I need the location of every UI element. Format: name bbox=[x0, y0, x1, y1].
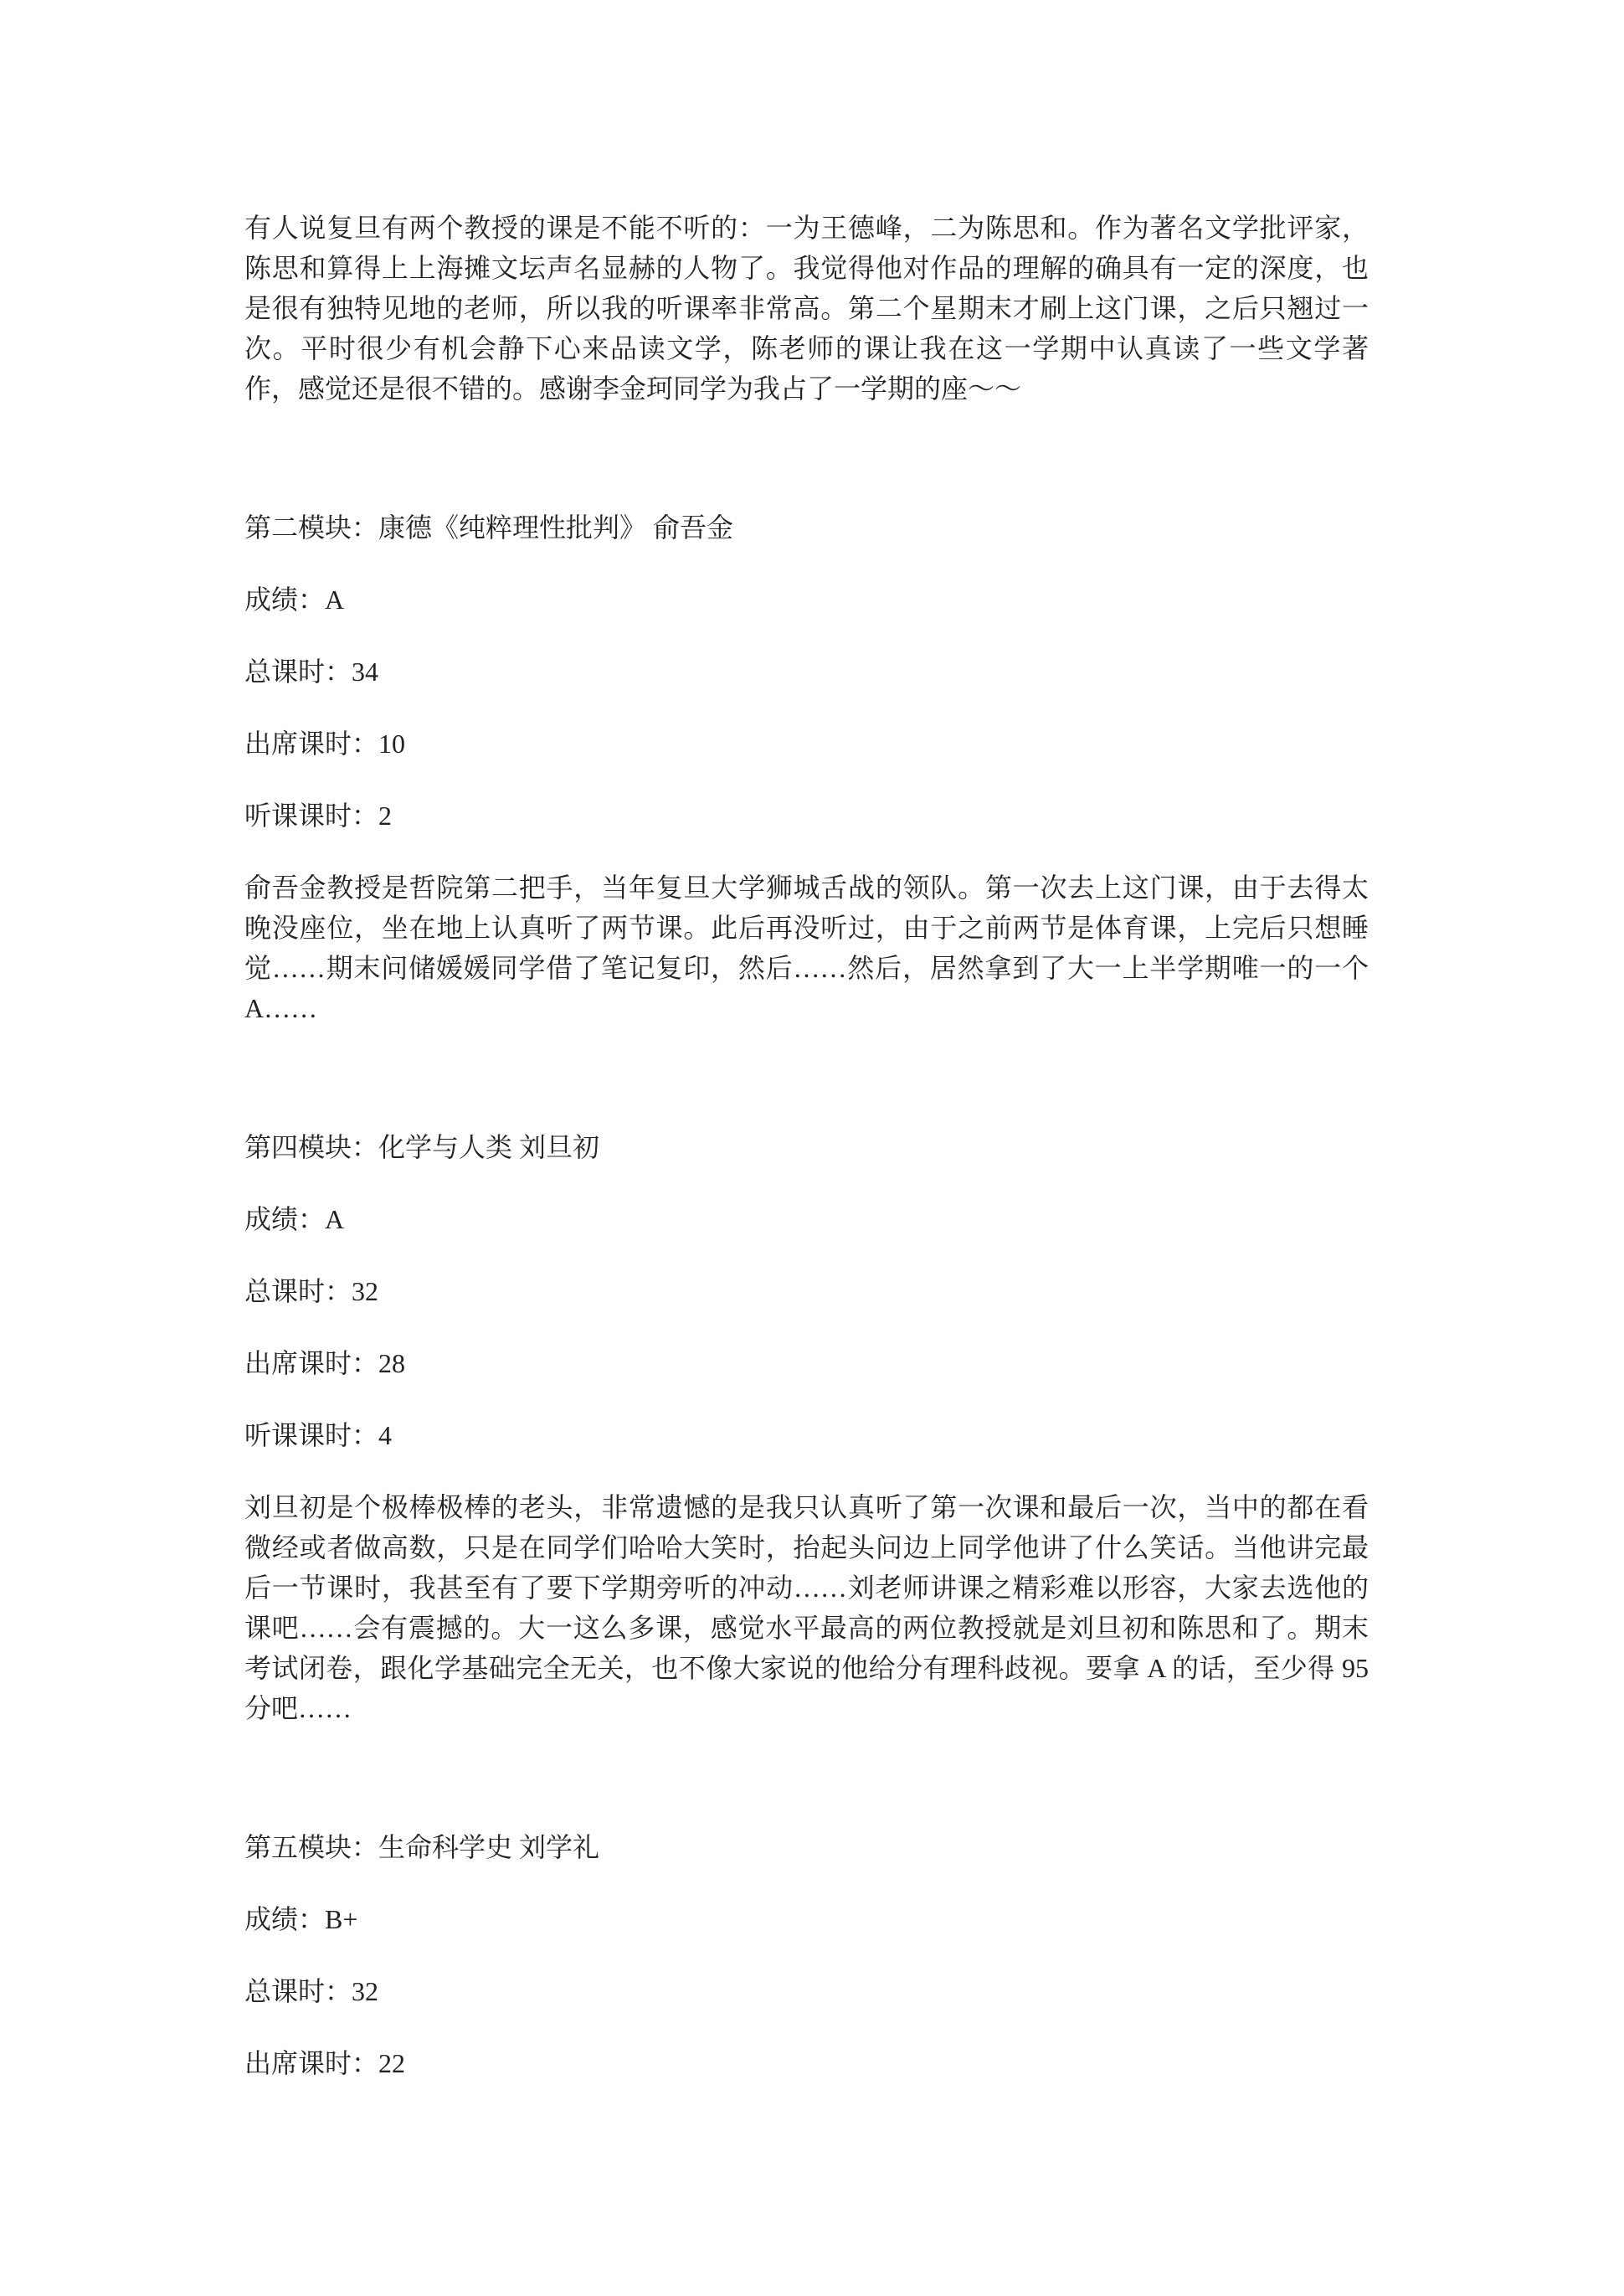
module4-attended-hours: 出席课时：28 bbox=[244, 1343, 1369, 1383]
module2-review-paragraph: 俞吾金教授是哲院第二把手，当年复旦大学狮城舌战的领队。第一次去上这门课，由于去得… bbox=[244, 867, 1369, 1028]
blank-line bbox=[244, 1760, 1369, 1827]
module5-grade: 成绩：B+ bbox=[244, 1899, 1369, 1939]
module5-title: 第五模块：生命科学史 刘学礼 bbox=[244, 1827, 1369, 1867]
module2-title: 第二模块：康德《纯粹理性批判》 俞吾金 bbox=[244, 507, 1369, 548]
module4-review-paragraph: 刘旦初是个极棒极棒的老头，非常遗憾的是我只认真听了第一次课和最后一次，当中的都在… bbox=[244, 1487, 1369, 1728]
module4-listened-hours: 听课课时：4 bbox=[244, 1415, 1369, 1455]
document-page: 有人说复旦有两个教授的课是不能不听的：一为王德峰，二为陈思和。作为著名文学批评家… bbox=[0, 0, 1624, 2296]
blank-line bbox=[244, 440, 1369, 507]
module2-listened-hours: 听课课时：2 bbox=[244, 795, 1369, 836]
module5-total-hours: 总课时：32 bbox=[244, 1971, 1369, 2011]
module4-title: 第四模块：化学与人类 刘旦初 bbox=[244, 1127, 1369, 1167]
blank-line bbox=[244, 1060, 1369, 1127]
module4-grade: 成绩：A bbox=[244, 1199, 1369, 1239]
module4-total-hours: 总课时：32 bbox=[244, 1271, 1369, 1311]
intro-paragraph: 有人说复旦有两个教授的课是不能不听的：一为王德峰，二为陈思和。作为著名文学批评家… bbox=[244, 208, 1369, 409]
module2-grade: 成绩：A bbox=[244, 579, 1369, 620]
module2-attended-hours: 出席课时：10 bbox=[244, 723, 1369, 764]
module2-total-hours: 总课时：34 bbox=[244, 651, 1369, 692]
module5-attended-hours: 出席课时：22 bbox=[244, 2043, 1369, 2083]
